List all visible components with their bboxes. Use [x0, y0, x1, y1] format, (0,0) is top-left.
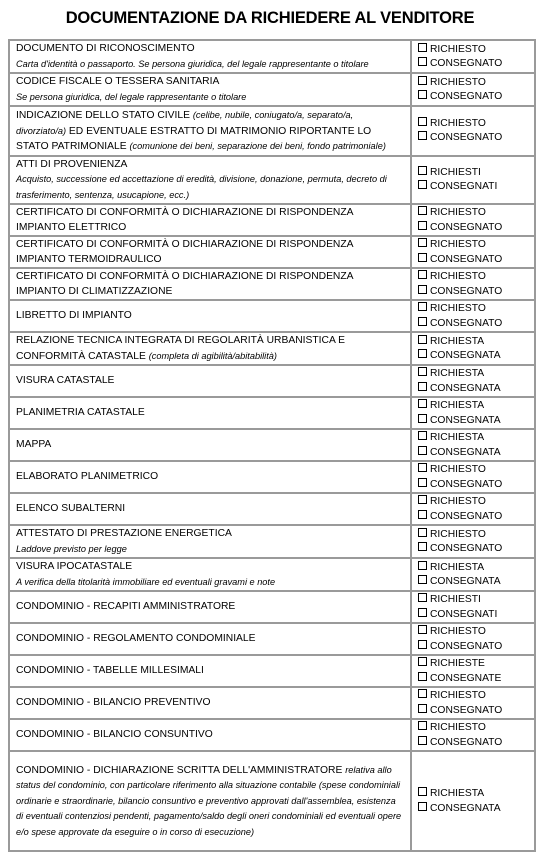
checkbox-label: RICHIESTO — [430, 722, 486, 733]
document-status: RICHIESTOCONSEGNATO — [411, 461, 535, 493]
requested-checkbox[interactable]: RICHIESTE — [418, 657, 529, 672]
document-name: CERTIFICATO DI CONFORMITÀ O DICHIARAZION… — [16, 207, 353, 233]
requested-checkbox[interactable]: RICHIESTO — [418, 76, 529, 91]
document-name: ATTESTATO DI PRESTAZIONE ENERGETICA — [16, 528, 232, 539]
checkbox-label: RICHIESTO — [430, 77, 486, 88]
checkbox-label: RICHIESTO — [430, 118, 486, 129]
requested-checkbox[interactable]: RICHIESTA — [418, 367, 529, 382]
document-status: RICHIESTECONSEGNATE — [411, 655, 535, 687]
checkbox-label: CONSEGNATA — [430, 415, 501, 426]
checkbox-label: RICHIESTO — [430, 207, 486, 218]
checkbox-icon[interactable] — [418, 399, 427, 408]
document-description: INDICAZIONE DELLO STATO CIVILE (celibe, … — [9, 106, 411, 156]
checkbox-label: RICHIESTA — [430, 336, 484, 347]
requested-checkbox[interactable]: RICHIESTO — [418, 495, 529, 510]
document-description: CONDOMINIO - BILANCIO CONSUNTIVO — [9, 719, 411, 751]
checkbox-icon[interactable] — [418, 180, 427, 189]
checkbox-icon[interactable] — [418, 446, 427, 455]
document-name: DOCUMENTO DI RICONOSCIMENTO — [16, 43, 195, 54]
delivered-checkbox[interactable]: CONSEGNATO — [418, 285, 529, 300]
checkbox-icon[interactable] — [418, 542, 427, 551]
document-status: RICHIESTICONSEGNATI — [411, 156, 535, 205]
delivered-checkbox[interactable]: CONSEGNATA — [418, 349, 529, 364]
document-status: RICHIESTOCONSEGNATO — [411, 204, 535, 236]
document-name: LIBRETTO DI IMPIANTO — [16, 310, 132, 321]
delivered-checkbox[interactable]: CONSEGNATA — [418, 446, 529, 461]
delivered-checkbox[interactable]: CONSEGNATO — [418, 57, 529, 72]
document-description: CERTIFICATO DI CONFORMITÀ O DICHIARAZION… — [9, 236, 411, 268]
page-title: DOCUMENTAZIONE DA RICHIEDERE AL VENDITOR… — [0, 0, 540, 31]
checkbox-label: CONSEGNATO — [430, 91, 502, 102]
document-note: Acquisto, successione ed accettazione di… — [16, 174, 387, 200]
table-row: ATTI DI PROVENIENZAAcquisto, successione… — [9, 156, 535, 205]
checkbox-label: CONSEGNATO — [430, 511, 502, 522]
checkbox-label: CONSEGNATO — [430, 222, 502, 233]
document-name: INDICAZIONE DELLO STATO CIVILE — [16, 110, 193, 121]
checkbox-label: RICHIESTO — [430, 496, 486, 507]
requested-checkbox[interactable]: RICHIESTI — [418, 166, 529, 181]
table-row: CONDOMINIO - BILANCIO CONSUNTIVORICHIEST… — [9, 719, 535, 751]
checkbox-icon[interactable] — [418, 704, 427, 713]
checkbox-icon[interactable] — [418, 721, 427, 730]
requested-checkbox[interactable]: RICHIESTA — [418, 399, 529, 414]
table-row: RELAZIONE TECNICA INTEGRATA DI REGOLARIT… — [9, 332, 535, 365]
checkbox-label: CONSEGNATA — [430, 447, 501, 458]
table-row: ELENCO SUBALTERNIRICHIESTOCONSEGNATO — [9, 493, 535, 525]
delivered-checkbox[interactable]: CONSEGNATO — [418, 221, 529, 236]
document-description: LIBRETTO DI IMPIANTO — [9, 300, 411, 332]
document-description: ATTI DI PROVENIENZAAcquisto, successione… — [9, 156, 411, 205]
checkbox-label: CONSEGNATO — [430, 254, 502, 265]
checkbox-label: CONSEGNATO — [430, 318, 502, 329]
table-row: MAPPARICHIESTACONSEGNATA — [9, 429, 535, 461]
checkbox-label: RICHIESTA — [430, 368, 484, 379]
document-description: VISURA IPOCATASTALEA verifica della tito… — [9, 558, 411, 591]
document-note: Laddove previsto per legge — [16, 544, 127, 554]
document-name: CERTIFICATO DI CONFORMITÀ O DICHIARAZION… — [16, 239, 353, 265]
checkbox-label: CONSEGNATE — [430, 673, 501, 684]
document-name: CONDOMINIO - RECAPITI AMMINISTRATORE — [16, 601, 235, 612]
document-description: CERTIFICATO DI CONFORMITÀ O DICHIARAZION… — [9, 268, 411, 300]
table-row: ATTESTATO DI PRESTAZIONE ENERGETICALaddo… — [9, 525, 535, 558]
checkbox-icon[interactable] — [418, 131, 427, 140]
document-description: ATTESTATO DI PRESTAZIONE ENERGETICALaddo… — [9, 525, 411, 558]
requested-checkbox[interactable]: RICHIESTO — [418, 117, 529, 132]
checkbox-icon[interactable] — [418, 166, 427, 175]
checkbox-icon[interactable] — [418, 302, 427, 311]
document-name: CERTIFICATO DI CONFORMITÀ O DICHIARAZION… — [16, 271, 353, 297]
document-description: CERTIFICATO DI CONFORMITÀ O DICHIARAZION… — [9, 204, 411, 236]
document-name: VISURA CATASTALE — [16, 375, 114, 386]
document-status: RICHIESTACONSEGNATA — [411, 751, 535, 786]
checkbox-label: RICHIESTO — [430, 239, 486, 250]
checkbox-label: RICHIESTO — [430, 626, 486, 637]
checkbox-label: CONSEGNATA — [430, 383, 501, 394]
document-name: CONDOMINIO - TABELLE MILLESIMALI — [16, 665, 204, 676]
checkbox-label: RICHIESTO — [430, 529, 486, 540]
checkbox-icon[interactable] — [418, 349, 427, 358]
checkbox-label: CONSEGNATO — [430, 641, 502, 652]
delivered-checkbox[interactable]: CONSEGNATI — [418, 180, 529, 195]
document-status: RICHIESTOCONSEGNATO — [411, 525, 535, 558]
checkbox-icon[interactable] — [418, 640, 427, 649]
document-name: CODICE FISCALE O TESSERA SANITARIA — [16, 76, 219, 87]
document-description: CODICE FISCALE O TESSERA SANITARIASe per… — [9, 73, 411, 106]
requested-checkbox[interactable]: RICHIESTO — [418, 625, 529, 640]
checkbox-icon[interactable] — [418, 367, 427, 376]
table-row: CERTIFICATO DI CONFORMITÀ O DICHIARAZION… — [9, 268, 535, 300]
table-row: INDICAZIONE DELLO STATO CIVILE (celibe, … — [9, 106, 535, 156]
checkbox-label: CONSEGNATO — [430, 543, 502, 554]
checkbox-icon[interactable] — [418, 561, 427, 570]
table-row: CONDOMINIO - BILANCIO PREVENTIVORICHIEST… — [9, 687, 535, 719]
document-status: RICHIESTOCONSEGNATO — [411, 40, 535, 73]
checkbox-icon[interactable] — [418, 206, 427, 215]
checkbox-icon[interactable] — [418, 253, 427, 262]
requested-checkbox[interactable]: RICHIESTO — [418, 43, 529, 58]
requested-checkbox[interactable]: RICHIESTO — [418, 721, 529, 736]
checkbox-icon[interactable] — [418, 575, 427, 584]
checkbox-icon[interactable] — [418, 478, 427, 487]
checkbox-icon[interactable] — [418, 317, 427, 326]
table-row: VISURA CATASTALERICHIESTACONSEGNATA — [9, 365, 535, 397]
document-note: (comunione dei beni, separazione dei ben… — [129, 141, 385, 151]
checkbox-icon[interactable] — [418, 43, 427, 52]
document-description: CONDOMINIO - REGOLAMENTO CONDOMINIALE — [9, 623, 411, 655]
document-status: RICHIESTACONSEGNATA — [411, 558, 535, 591]
document-description: CONDOMINIO - DICHIARAZIONE SCRITTA DELL'… — [9, 751, 411, 786]
checkbox-label: RICHIESTA — [430, 432, 484, 443]
requested-checkbox[interactable]: RICHIESTI — [418, 593, 529, 608]
delivered-checkbox[interactable]: CONSEGNATE — [418, 672, 529, 687]
document-status: RICHIESTOCONSEGNATO — [411, 623, 535, 655]
document-name: ATTI DI PROVENIENZA — [16, 159, 127, 170]
document-name: CONDOMINIO - REGOLAMENTO CONDOMINIALE — [16, 633, 256, 644]
requested-checkbox[interactable]: RICHIESTA — [418, 561, 529, 576]
table-row: CODICE FISCALE O TESSERA SANITARIASe per… — [9, 73, 535, 106]
checkbox-label: CONSEGNATO — [430, 737, 502, 748]
document-status: RICHIESTACONSEGNATA — [411, 429, 535, 461]
delivered-checkbox[interactable]: CONSEGNATO — [418, 704, 529, 719]
checkbox-label: RICHIESTE — [430, 658, 485, 669]
documents-table-body: DOCUMENTO DI RICONOSCIMENTOCarta d'ident… — [9, 40, 535, 786]
delivered-checkbox[interactable]: CONSEGNATA — [418, 575, 529, 590]
requested-checkbox[interactable]: RICHIESTO — [418, 270, 529, 285]
checkbox-icon[interactable] — [418, 76, 427, 85]
table-row: VISURA IPOCATASTALEA verifica della tito… — [9, 558, 535, 591]
document-status: RICHIESTOCONSEGNATO — [411, 300, 535, 332]
document-status: RICHIESTICONSEGNATI — [411, 591, 535, 623]
table-row: DOCUMENTO DI RICONOSCIMENTOCarta d'ident… — [9, 40, 535, 73]
table-row: CONDOMINIO - RECAPITI AMMINISTRATORERICH… — [9, 591, 535, 623]
checkbox-icon[interactable] — [418, 270, 427, 279]
delivered-checkbox[interactable]: CONSEGNATO — [418, 317, 529, 332]
document-description: DOCUMENTO DI RICONOSCIMENTOCarta d'ident… — [9, 40, 411, 73]
delivered-checkbox[interactable]: CONSEGNATO — [418, 736, 529, 751]
delivered-checkbox[interactable]: CONSEGNATO — [418, 478, 529, 493]
checkbox-label: CONSEGNATI — [430, 181, 497, 192]
delivered-checkbox[interactable]: CONSEGNATO — [418, 640, 529, 655]
checkbox-label: RICHIESTO — [430, 303, 486, 314]
checkbox-label: RICHIESTO — [430, 690, 486, 701]
table-row: CONDOMINIO - DICHIARAZIONE SCRITTA DELL'… — [9, 751, 535, 786]
document-name: CONDOMINIO - DICHIARAZIONE SCRITTA DELL'… — [16, 765, 345, 776]
documents-table: DOCUMENTO DI RICONOSCIMENTOCarta d'ident… — [8, 39, 536, 786]
checkbox-icon[interactable] — [418, 495, 427, 504]
table-row: CONDOMINIO - REGOLAMENTO CONDOMINIALERIC… — [9, 623, 535, 655]
requested-checkbox[interactable]: RICHIESTO — [418, 206, 529, 221]
checkbox-icon[interactable] — [418, 625, 427, 634]
table-row: CONDOMINIO - TABELLE MILLESIMALIRICHIEST… — [9, 655, 535, 687]
requested-checkbox[interactable]: RICHIESTO — [418, 238, 529, 253]
checkbox-icon[interactable] — [418, 382, 427, 391]
checkbox-label: RICHIESTI — [430, 594, 481, 605]
document-name: CONDOMINIO - BILANCIO PREVENTIVO — [16, 697, 211, 708]
document-note: Carta d'identità o passaporto. Se person… — [16, 59, 369, 69]
delivered-checkbox[interactable]: CONSEGNATO — [418, 90, 529, 105]
document-status: RICHIESTACONSEGNATA — [411, 365, 535, 397]
document-description: CONDOMINIO - TABELLE MILLESIMALI — [9, 655, 411, 687]
checkbox-label: RICHIESTO — [430, 271, 486, 282]
document-status: RICHIESTOCONSEGNATO — [411, 236, 535, 268]
checkbox-icon[interactable] — [418, 593, 427, 602]
document-status: RICHIESTOCONSEGNATO — [411, 493, 535, 525]
requested-checkbox[interactable]: RICHIESTO — [418, 689, 529, 704]
requested-checkbox[interactable]: RICHIESTO — [418, 302, 529, 317]
delivered-checkbox[interactable]: CONSEGNATO — [418, 542, 529, 557]
table-row: PLANIMETRIA CATASTALERICHIESTACONSEGNATA — [9, 397, 535, 429]
document-status: RICHIESTOCONSEGNATO — [411, 687, 535, 719]
checkbox-label: CONSEGNATA — [430, 576, 501, 587]
delivered-checkbox[interactable]: CONSEGNATA — [418, 414, 529, 429]
checkbox-icon[interactable] — [418, 238, 427, 247]
document-name: ELABORATO PLANIMETRICO — [16, 471, 158, 482]
document-description: PLANIMETRIA CATASTALE — [9, 397, 411, 429]
checkbox-icon[interactable] — [418, 463, 427, 472]
checkbox-label: RICHIESTO — [430, 44, 486, 55]
document-description: RELAZIONE TECNICA INTEGRATA DI REGOLARIT… — [9, 332, 411, 365]
delivered-checkbox[interactable]: CONSEGNATO — [418, 131, 529, 146]
checkbox-label: RICHIESTI — [430, 167, 481, 178]
checkbox-label: CONSEGNATO — [430, 705, 502, 716]
checkbox-icon[interactable] — [418, 672, 427, 681]
checkbox-icon[interactable] — [418, 414, 427, 423]
document-name: ELENCO SUBALTERNI — [16, 503, 125, 514]
delivered-checkbox[interactable]: CONSEGNATA — [418, 382, 529, 397]
checkbox-icon[interactable] — [418, 736, 427, 745]
checkbox-icon[interactable] — [418, 689, 427, 698]
table-row: CERTIFICATO DI CONFORMITÀ O DICHIARAZION… — [9, 204, 535, 236]
requested-checkbox[interactable]: RICHIESTA — [418, 335, 529, 350]
table-row: ELABORATO PLANIMETRICORICHIESTOCONSEGNAT… — [9, 461, 535, 493]
checkbox-label: CONSEGNATO — [430, 479, 502, 490]
checkbox-label: CONSEGNATO — [430, 286, 502, 297]
checkbox-icon[interactable] — [418, 608, 427, 617]
document-description: CONDOMINIO - BILANCIO PREVENTIVO — [9, 687, 411, 719]
document-description: MAPPA — [9, 429, 411, 461]
checkbox-icon[interactable] — [418, 117, 427, 126]
document-status: RICHIESTOCONSEGNATO — [411, 268, 535, 300]
delivered-checkbox[interactable]: CONSEGNATO — [418, 510, 529, 525]
checkbox-icon[interactable] — [418, 431, 427, 440]
document-description: ELENCO SUBALTERNI — [9, 493, 411, 525]
document-status: RICHIESTOCONSEGNATO — [411, 106, 535, 156]
requested-checkbox[interactable]: RICHIESTO — [418, 528, 529, 543]
document-status: RICHIESTACONSEGNATA — [411, 397, 535, 429]
document-description: VISURA CATASTALE — [9, 365, 411, 397]
document-note: Se persona giuridica, del legale rappres… — [16, 92, 246, 102]
checkbox-label: RICHIESTA — [430, 400, 484, 411]
checkbox-label: CONSEGNATO — [430, 58, 502, 69]
requested-checkbox[interactable]: RICHIESTO — [418, 463, 529, 478]
checkbox-label: CONSEGNATI — [430, 609, 497, 620]
document-description: ELABORATO PLANIMETRICO — [9, 461, 411, 493]
requested-checkbox[interactable]: RICHIESTA — [418, 431, 529, 446]
delivered-checkbox[interactable]: CONSEGNATO — [418, 253, 529, 268]
checkbox-label: RICHIESTA — [430, 562, 484, 573]
checkbox-icon[interactable] — [418, 335, 427, 344]
document-note: (completa di agibilità/abitabilità) — [149, 351, 277, 361]
checkbox-icon[interactable] — [418, 528, 427, 537]
delivered-checkbox[interactable]: CONSEGNATI — [418, 608, 529, 623]
checkbox-icon[interactable] — [418, 285, 427, 294]
document-note: A verifica della titolarità immobiliare … — [16, 577, 275, 587]
document-name: MAPPA — [16, 439, 51, 450]
checkbox-icon[interactable] — [418, 657, 427, 666]
document-status: RICHIESTOCONSEGNATO — [411, 719, 535, 751]
checkbox-icon[interactable] — [418, 90, 427, 99]
checkbox-icon[interactable] — [418, 221, 427, 230]
document-name: CONDOMINIO - BILANCIO CONSUNTIVO — [16, 729, 213, 740]
document-description: CONDOMINIO - RECAPITI AMMINISTRATORE — [9, 591, 411, 623]
table-row: CERTIFICATO DI CONFORMITÀ O DICHIARAZION… — [9, 236, 535, 268]
checkbox-label: CONSEGNATA — [430, 350, 501, 361]
document-status: RICHIESTOCONSEGNATO — [411, 73, 535, 106]
table-row: LIBRETTO DI IMPIANTORICHIESTOCONSEGNATO — [9, 300, 535, 332]
document-name: VISURA IPOCATASTALE — [16, 561, 132, 572]
checkbox-icon[interactable] — [418, 510, 427, 519]
checkbox-label: RICHIESTO — [430, 464, 486, 475]
document-status: RICHIESTACONSEGNATA — [411, 332, 535, 365]
checkbox-label: CONSEGNATO — [430, 132, 502, 143]
checkbox-icon[interactable] — [418, 57, 427, 66]
document-name: PLANIMETRIA CATASTALE — [16, 407, 145, 418]
